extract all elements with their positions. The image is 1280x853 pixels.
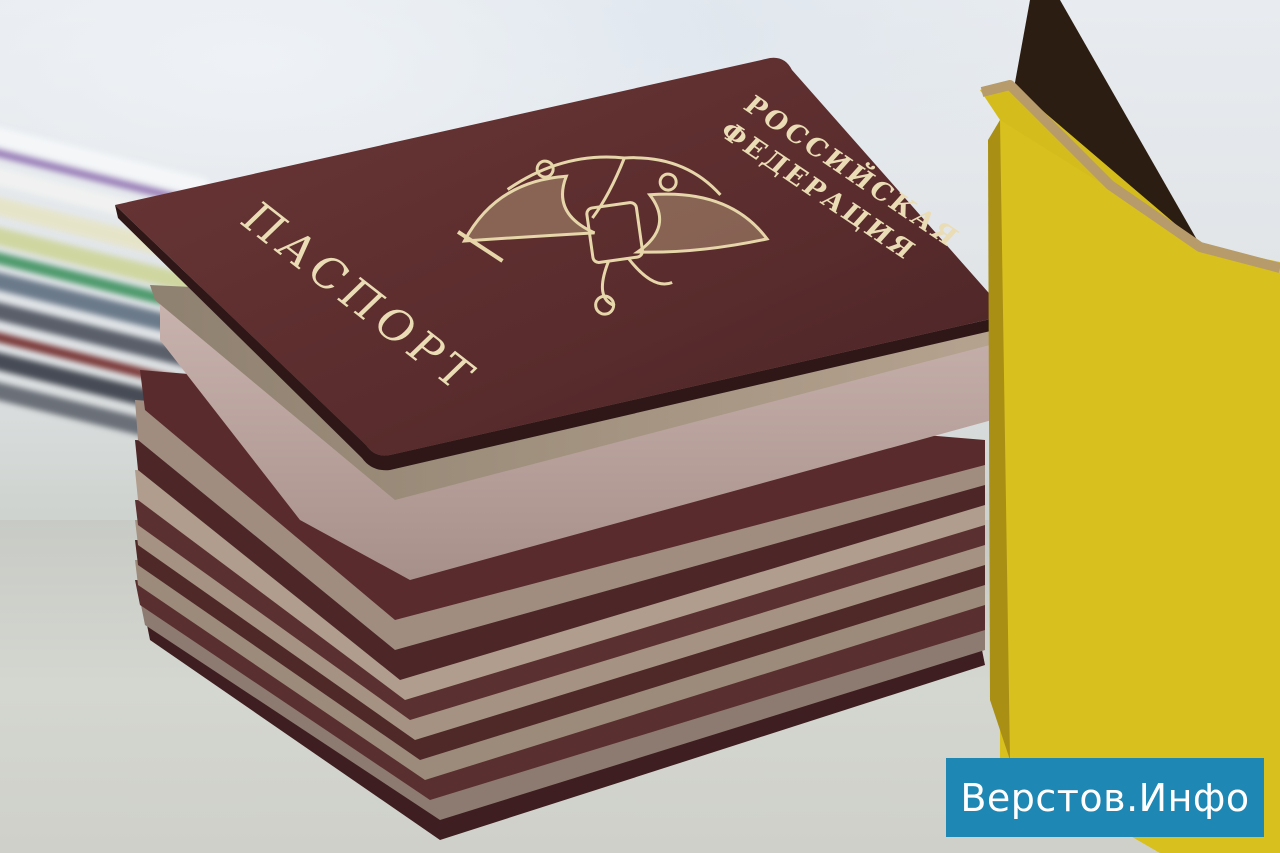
yellow-cardboard-box xyxy=(970,0,1280,853)
site-watermark-logo: Верстов.Инфо xyxy=(946,758,1264,837)
watermark-text: Верстов.Инфо xyxy=(960,776,1249,820)
photo-scene: ПАСПОРТ РОССИЙСКАЯ ФЕДЕРАЦИЯ Верстов.Инф… xyxy=(0,0,1280,853)
